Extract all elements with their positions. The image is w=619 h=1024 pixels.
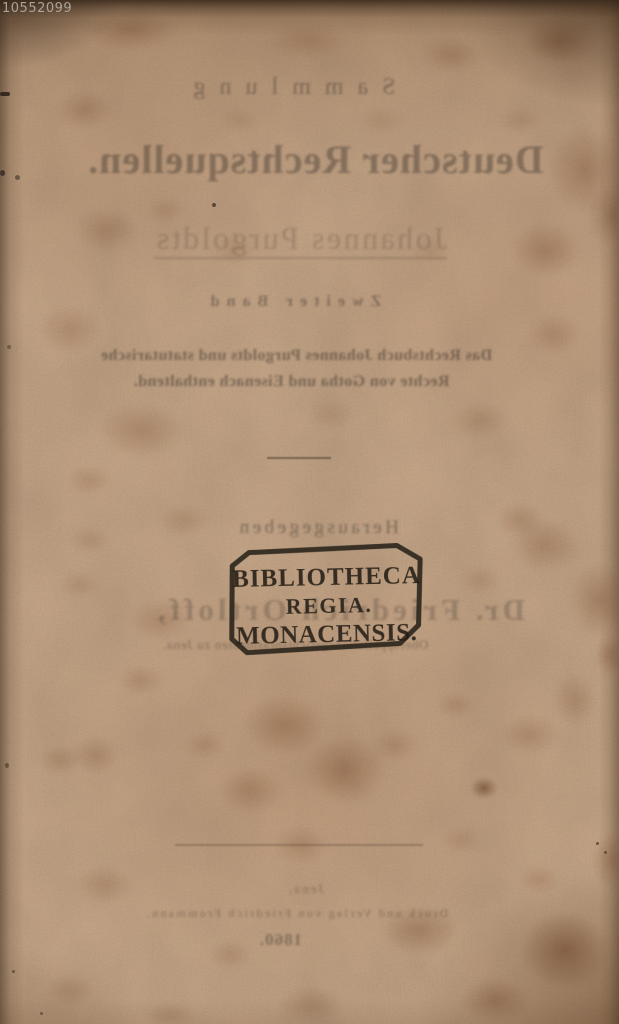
- scan-edge-vignette: [0, 0, 619, 1024]
- stamp-line1: BIBLIOTHECA: [232, 562, 421, 593]
- binding-stitch-mark: [7, 345, 11, 349]
- paper-tone-layer: [0, 0, 619, 1024]
- ghost-main-title: Deutscher Rechtsquellen.: [6, 136, 619, 183]
- digitization-number: 10552099: [2, 1, 72, 16]
- ink-speck: [596, 842, 599, 845]
- paper-grain-texture: [0, 0, 619, 1024]
- binding-stitch-mark: [15, 175, 20, 180]
- binding-stitch-mark: [0, 92, 10, 96]
- scanned-book-page: Sammlung Deutscher Rechtsquellen. Johann…: [0, 0, 619, 1024]
- ghost-imprint-publisher: Druck und Verlag von Friedrich Frommann.: [0, 906, 606, 921]
- ink-speck: [212, 203, 216, 207]
- stamp-line2: REGIA.: [286, 592, 373, 619]
- bleedthrough-text-layer: Sammlung Deutscher Rechtsquellen. Johann…: [0, 0, 619, 1024]
- ghost-volume: Zweiter Band: [0, 293, 602, 311]
- paper-mottle-texture: [0, 0, 619, 1024]
- dark-stain-blob: [470, 777, 498, 799]
- ink-speck: [604, 851, 607, 854]
- ink-speck: [40, 1012, 43, 1015]
- bleedthrough-divider-rule: [267, 457, 331, 459]
- ghost-author: Johannes Purgoldts: [0, 220, 610, 257]
- foxing-stains-large: [0, 0, 619, 1024]
- ghost-series-title: Sammlung: [0, 74, 597, 101]
- ghost-edited-by: Herausgegeben: [8, 517, 619, 539]
- foxing-stains-small: [0, 0, 619, 1024]
- stamp-line3: MONACENSIS.: [236, 619, 418, 650]
- ghost-imprint-year: 1860.: [0, 930, 590, 950]
- ghost-imprint-place: Jena,: [0, 881, 615, 897]
- binding-stitch-mark: [5, 763, 9, 768]
- ghost-subtitle-line2: Rechte von Gotha und Eisenach enthaltend…: [0, 373, 601, 391]
- binding-stitch-mark: [0, 170, 5, 176]
- ghost-subtitle-line1: Das Rechtsbuch Johannes Purgoldts und st…: [0, 347, 606, 365]
- ink-speck: [12, 970, 15, 973]
- library-stamp: BIBLIOTHECA REGIA. MONACENSIS.: [225, 541, 427, 660]
- bleedthrough-imprint-rule: [175, 844, 423, 846]
